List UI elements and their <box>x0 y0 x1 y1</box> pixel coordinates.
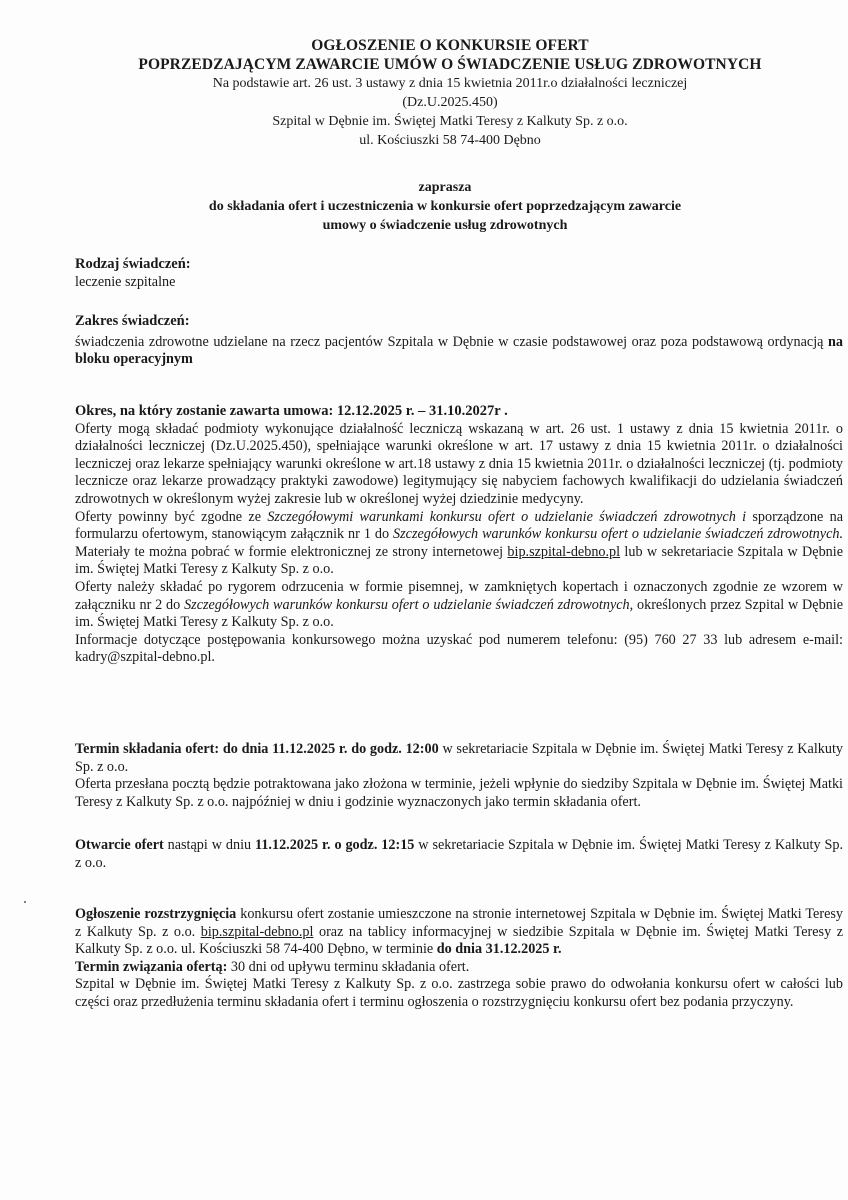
offer-opening: Otwarcie ofert nastąpi w dniu 11.12.2025… <box>75 837 843 872</box>
invitation: zaprasza do składania ofert i uczestnicz… <box>150 178 740 235</box>
mail-submission-note: Oferta przesłana pocztą będzie potraktow… <box>75 776 843 811</box>
binding-period: Termin związania ofertą: 30 dni od upływ… <box>75 959 843 977</box>
eligibility-text: Oferty mogą składać podmioty wykonujące … <box>75 421 843 509</box>
service-scope-section: Zakres świadczeń: świadczenia zdrowotne … <box>75 313 843 369</box>
service-type-value: leczenie szpitalne <box>75 274 843 292</box>
submission-deadline-section: Termin składania ofert: do dnia 11.12.20… <box>75 741 843 811</box>
resolution-announcement: Ogłoszenie rozstrzygnięcia konkursu ofer… <box>75 906 843 959</box>
contract-period: Okres, na który zostanie zawarta umowa: … <box>75 403 843 421</box>
offer-requirements-p2: Oferty należy składać po rygorem odrzuce… <box>75 579 843 632</box>
legal-basis-line-2: (Dz.U.2025.450) <box>100 93 800 112</box>
contact-info: Informacje dotyczące postępowania konkur… <box>75 632 843 667</box>
scan-speck <box>24 901 26 903</box>
resolution-section: Ogłoszenie rozstrzygnięcia konkursu ofer… <box>75 906 843 1012</box>
bip-link-2[interactable]: bip.szpital-debno.pl <box>201 924 314 940</box>
legal-basis-line-1: Na podstawie art. 26 ust. 3 ustawy z dni… <box>100 74 800 93</box>
submission-deadline: Termin składania ofert: do dnia 11.12.20… <box>75 741 843 776</box>
document-header: OGŁOSZENIE O KONKURSIE OFERT POPRZEDZAJĄ… <box>100 36 800 150</box>
service-type-section: Rodzaj świadczeń: leczenie szpitalne <box>75 256 843 291</box>
eligibility-section: Okres, na który zostanie zawarta umowa: … <box>75 403 843 667</box>
title-line-1: OGŁOSZENIE O KONKURSIE OFERT <box>100 36 800 55</box>
invitation-line-1: do składania ofert i uczestniczenia w ko… <box>150 197 740 216</box>
opening-section: Otwarcie ofert nastąpi w dniu 11.12.2025… <box>75 837 843 872</box>
organizer-address: ul. Kościuszki 58 74-400 Dębno <box>100 131 800 150</box>
service-scope-label: Zakres świadczeń: <box>75 313 843 331</box>
service-scope-text: świadczenia zdrowotne udzielane na rzecz… <box>75 334 843 369</box>
invitation-line-2: umowy o świadczenie usług zdrowotnych <box>150 216 740 235</box>
bip-link[interactable]: bip.szpital-debno.pl <box>507 544 620 560</box>
reservation-clause: Szpital w Dębnie im. Świętej Matki Teres… <box>75 976 843 1011</box>
document-page: OGŁOSZENIE O KONKURSIE OFERT POPRZEDZAJĄ… <box>0 0 848 1200</box>
title-line-2: POPRZEDZAJĄCYM ZAWARCIE UMÓW O ŚWIADCZEN… <box>100 55 800 74</box>
offer-requirements-p1: Oferty powinny być zgodne ze Szczegółowy… <box>75 509 843 579</box>
organizer-name: Szpital w Dębnie im. Świętej Matki Teres… <box>100 112 800 131</box>
invitation-verb: zaprasza <box>150 178 740 197</box>
service-type-label: Rodzaj świadczeń: <box>75 256 843 274</box>
